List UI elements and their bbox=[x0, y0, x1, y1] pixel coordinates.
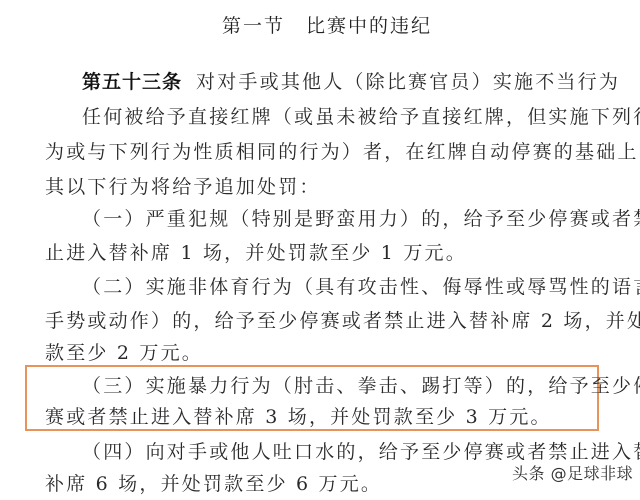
clause-3-line: 赛或者禁止进入替补席 3 场，并处罚款至少 3 万元。 bbox=[45, 405, 552, 429]
clause-3-line: （三）实施暴力行为（肘击、拳击、踢打等）的，给予至少停 bbox=[82, 374, 640, 398]
intro-line: 其以下行为将给予追加处罚： bbox=[45, 175, 321, 199]
watermark: 头条 @足球非球 bbox=[512, 461, 633, 484]
article-heading: 第五十三条对对手或其他人（除比赛官员）实施不当行为 bbox=[82, 70, 620, 94]
clause-2-line: 款至少 2 万元。 bbox=[45, 341, 203, 365]
clause-4-line: 补席 6 场，并处罚款至少 6 万元。 bbox=[45, 472, 382, 496]
clause-1-line: 止进入替补席 1 场，并处罚款至少 1 万元。 bbox=[45, 241, 467, 265]
clause-2-line: 手势或动作）的，给予至少停赛或者禁止进入替补席 2 场，并处罚 bbox=[45, 309, 640, 333]
intro-line: 为或与下列行为性质相同的行为）者，在红牌自动停赛的基础上， bbox=[45, 140, 640, 164]
intro-line: 任何被给予直接红牌（或虽未被给予直接红牌，但实施下列行 bbox=[82, 105, 640, 129]
clause-2-line: （二）实施非体育行为（具有攻击性、侮辱性或辱骂性的语言、 bbox=[82, 275, 640, 299]
clause-1-line: （一）严重犯规（特别是野蛮用力）的，给予至少停赛或者禁 bbox=[82, 207, 640, 231]
section-title: 第一节 比赛中的违纪 bbox=[222, 14, 432, 38]
article-number: 第五十三条 bbox=[82, 71, 182, 93]
article-heading-text: 对对手或其他人（除比赛官员）实施不当行为 bbox=[196, 71, 620, 93]
